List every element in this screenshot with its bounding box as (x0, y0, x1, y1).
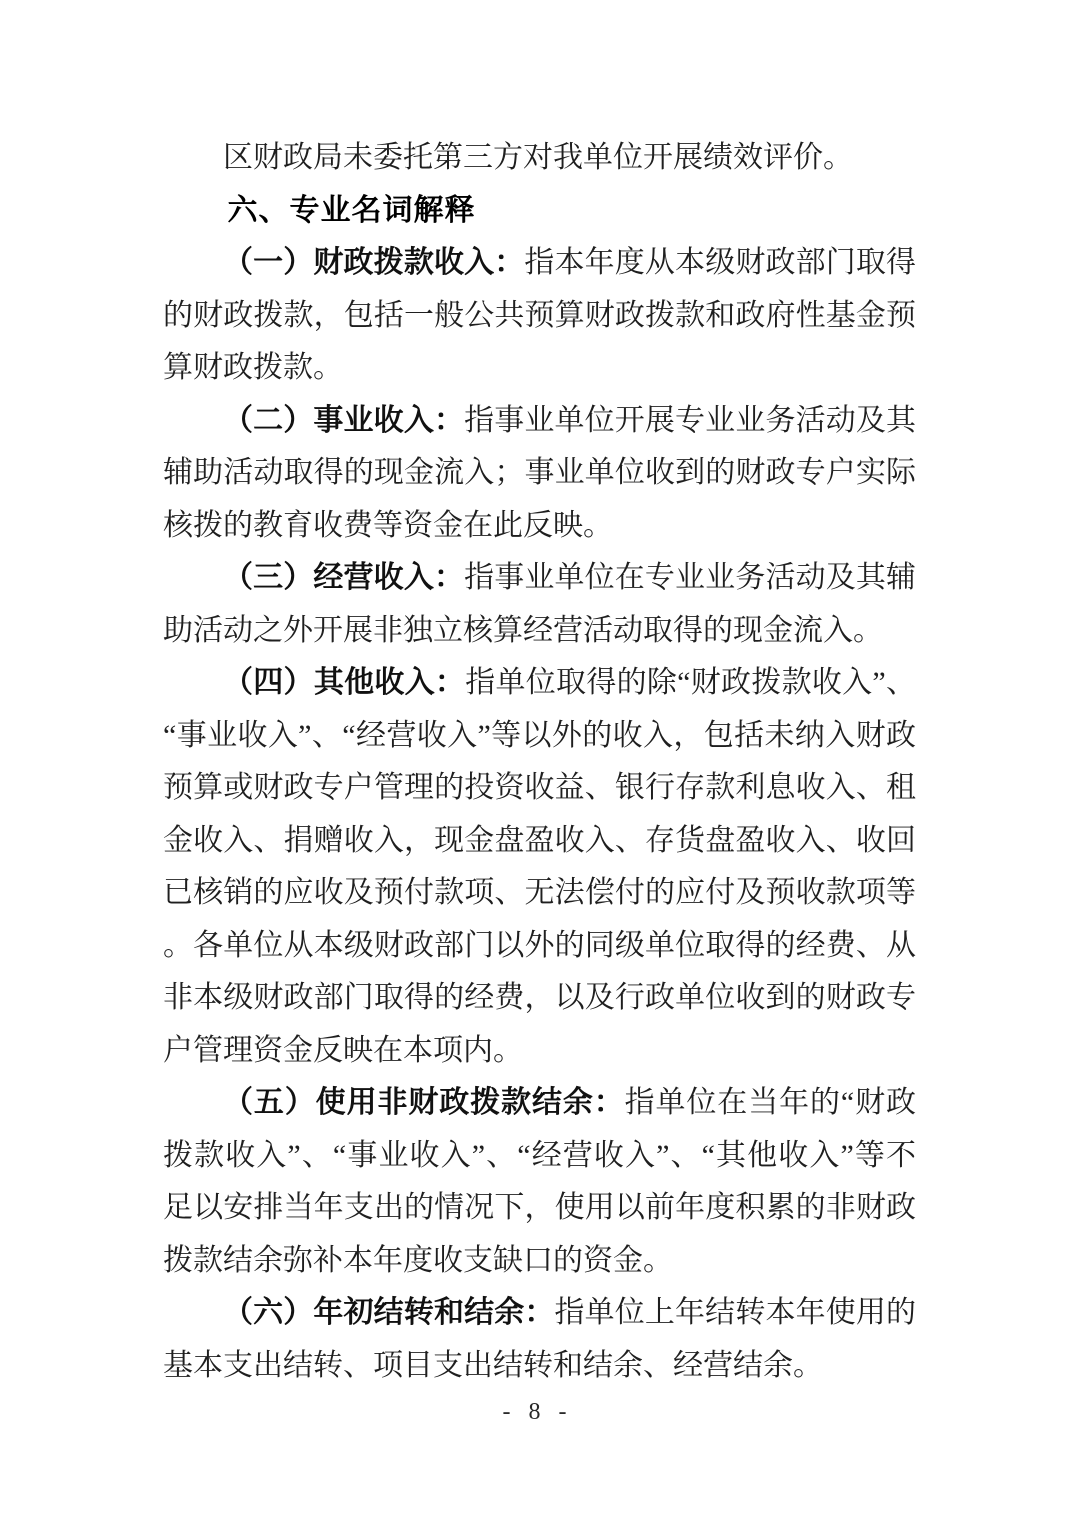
term-definition: 指单位取得的除“财政拨款收入”、“事业收入”、“经营收入”等以外的收入，包括未纳… (163, 666, 916, 1067)
text-column: 区财政局未委托第三方对我单位开展绩效评价。 六、专业名词解释 （一）财政拨款收入… (163, 132, 916, 1392)
term-paragraph: （五）使用非财政拨款结余：指单位在当年的“财政拨款收入”、“事业收入”、“经营收… (163, 1077, 916, 1287)
term-label: （五）使用非财政拨款结余： (223, 1086, 625, 1119)
term-label: （三）经营收入： (223, 561, 464, 594)
intro-paragraph: 区财政局未委托第三方对我单位开展绩效评价。 (163, 132, 916, 185)
term-label: （二）事业收入： (223, 404, 464, 437)
term-paragraph: （四）其他收入：指单位取得的除“财政拨款收入”、“事业收入”、“经营收入”等以外… (163, 657, 916, 1077)
document-page: 区财政局未委托第三方对我单位开展绩效评价。 六、专业名词解释 （一）财政拨款收入… (0, 0, 1075, 1520)
term-label: （一）财政拨款收入： (223, 246, 524, 279)
section-heading: 六、专业名词解释 (163, 185, 916, 238)
term-paragraph: （一）财政拨款收入：指本年度从本级财政部门取得的财政拨款，包括一般公共预算财政拨… (163, 237, 916, 395)
term-label: （四）其他收入： (223, 666, 465, 699)
term-paragraph: （六）年初结转和结余：指单位上年结转本年使用的基本支出结转、项目支出结转和结余、… (163, 1287, 916, 1392)
term-paragraph: （二）事业收入：指事业单位开展专业业务活动及其辅助活动取得的现金流入；事业单位收… (163, 395, 916, 553)
term-label: （六）年初结转和结余： (223, 1296, 555, 1329)
term-paragraph: （三）经营收入：指事业单位在专业业务活动及其辅助活动之外开展非独立核算经营活动取… (163, 552, 916, 657)
page-number: - 8 - (0, 1396, 1075, 1428)
